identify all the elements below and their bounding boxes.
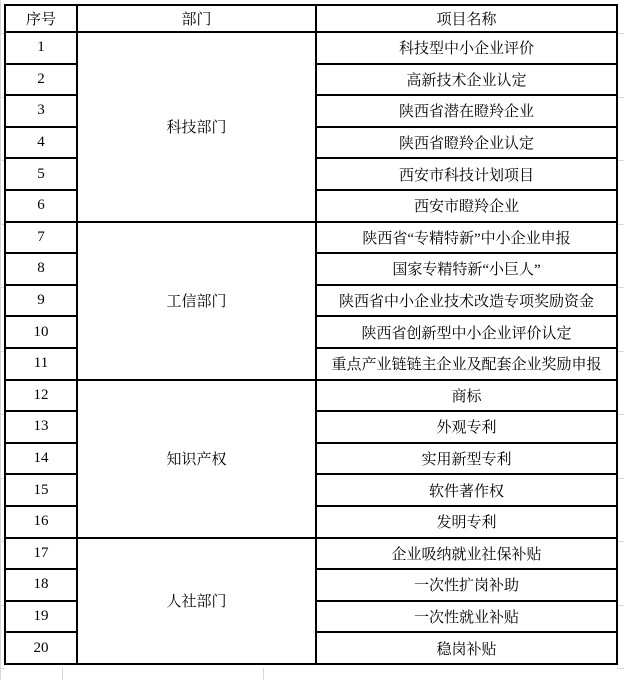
- project-name-cell: 外观专利: [316, 411, 617, 443]
- department-cell: 知识产权: [77, 380, 316, 538]
- project-name-cell: 一次性扩岗补助: [316, 569, 617, 601]
- department-cell: 人社部门: [77, 538, 316, 664]
- excel-gridline-stub: [617, 33, 624, 34]
- table-row: 7工信部门陕西省“专精特新”中小企业申报: [5, 222, 617, 254]
- row-number-cell: 13: [5, 411, 77, 443]
- project-name-cell: 发明专利: [316, 506, 617, 538]
- excel-gridline-stub: [617, 605, 624, 606]
- row-number-cell: 20: [5, 632, 77, 664]
- project-name-cell: 国家专精特新“小巨人”: [316, 253, 617, 285]
- project-name-cell: 陕西省瞪羚企业认定: [316, 127, 617, 159]
- project-name-cell: 商标: [316, 380, 617, 412]
- table-row: 17人社部门企业吸纳就业社保补贴: [5, 538, 617, 570]
- excel-gridline-stub: [617, 414, 624, 415]
- col-header-project: 项目名称: [316, 5, 617, 32]
- excel-gridline-stub: [617, 541, 624, 542]
- department-cell: 工信部门: [77, 222, 316, 380]
- row-number-cell: 18: [5, 569, 77, 601]
- row-number-cell: 11: [5, 348, 77, 380]
- excel-gridline-stub: [617, 287, 624, 288]
- project-name-cell: 稳岗补贴: [316, 632, 617, 664]
- col-header-department: 部门: [77, 5, 316, 32]
- project-name-cell: 西安市科技计划项目: [316, 158, 617, 190]
- row-number-cell: 6: [5, 190, 77, 222]
- excel-gridline-stub: [617, 478, 624, 479]
- excel-gridline-stub: [263, 668, 264, 680]
- project-name-cell: 高新技术企业认定: [316, 64, 617, 96]
- project-name-cell: 西安市瞪羚企业: [316, 190, 617, 222]
- project-name-cell: 软件著作权: [316, 474, 617, 506]
- header-row: 序号 部门 项目名称: [5, 5, 617, 32]
- row-number-cell: 5: [5, 158, 77, 190]
- department-cell: 科技部门: [77, 32, 316, 222]
- excel-gridline-stub: [617, 668, 624, 669]
- row-number-cell: 2: [5, 64, 77, 96]
- row-number-cell: 10: [5, 316, 77, 348]
- project-name-cell: 科技型中小企业评价: [316, 32, 617, 64]
- row-number-cell: 1: [5, 32, 77, 64]
- project-name-cell: 陕西省潜在瞪羚企业: [316, 95, 617, 127]
- table-row: 12知识产权商标: [5, 380, 617, 412]
- row-number-cell: 9: [5, 285, 77, 317]
- project-name-cell: 一次性就业补贴: [316, 601, 617, 633]
- row-number-cell: 12: [5, 380, 77, 412]
- project-name-cell: 企业吸纳就业社保补贴: [316, 538, 617, 570]
- col-header-no: 序号: [5, 5, 77, 32]
- excel-gridline-stub: [617, 97, 624, 98]
- excel-gridline-left: [0, 0, 1, 680]
- excel-gridline-stub: [617, 351, 624, 352]
- project-name-cell: 实用新型专利: [316, 443, 617, 475]
- excel-gridline-stub: [0, 668, 5, 669]
- project-name-cell: 陕西省“专精特新”中小企业申报: [316, 222, 617, 254]
- project-name-cell: 陕西省创新型中小企业评价认定: [316, 316, 617, 348]
- row-number-cell: 16: [5, 506, 77, 538]
- excel-gridline-stub: [617, 160, 624, 161]
- table-body: 1科技部门科技型中小企业评价2高新技术企业认定3陕西省潜在瞪羚企业4陕西省瞪羚企…: [5, 32, 617, 664]
- row-number-cell: 4: [5, 127, 77, 159]
- row-number-cell: 8: [5, 253, 77, 285]
- excel-gridline-stub: [617, 224, 624, 225]
- excel-gridline-stub: [62, 668, 63, 680]
- row-number-cell: 14: [5, 443, 77, 475]
- project-name-cell: 重点产业链链主企业及配套企业奖励申报: [316, 348, 617, 380]
- row-number-cell: 17: [5, 538, 77, 570]
- row-number-cell: 7: [5, 222, 77, 254]
- row-number-cell: 19: [5, 601, 77, 633]
- project-table: 序号 部门 项目名称 1科技部门科技型中小企业评价2高新技术企业认定3陕西省潜在…: [4, 4, 618, 665]
- table-row: 1科技部门科技型中小企业评价: [5, 32, 617, 64]
- project-name-cell: 陕西省中小企业技术改造专项奖励资金: [316, 285, 617, 317]
- row-number-cell: 3: [5, 95, 77, 127]
- row-number-cell: 15: [5, 474, 77, 506]
